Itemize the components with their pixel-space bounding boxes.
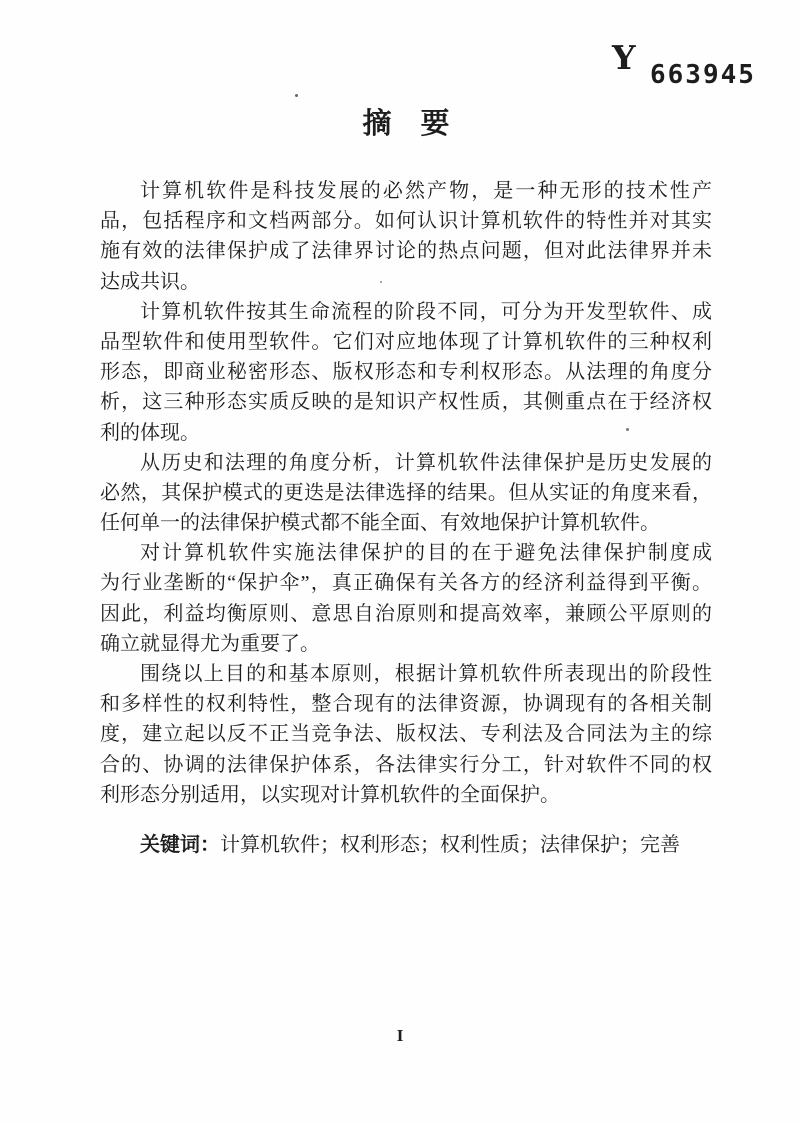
keywords-text: 计算机软件；权利形态；权利性质；法律保护；完善 xyxy=(220,834,680,856)
text-line: 计算机软件是科技发展的必然产物，是一种无形的技术性产 xyxy=(100,176,712,206)
scan-speck xyxy=(380,281,382,283)
abstract-paragraph-1: 计算机软件是科技发展的必然产物，是一种无形的技术性产品，包括程序和文档两部分。如… xyxy=(100,176,712,297)
text-line: 利的体现。 xyxy=(100,418,712,448)
stamp-letter: Y xyxy=(612,38,636,77)
text-line: 确立就显得尤为重要了。 xyxy=(100,629,712,659)
text-line: 计算机软件按其生命流程的阶段不同，可分为开发型软件、成 xyxy=(100,297,712,327)
text-line: 必然，其保护模式的更迭是法律选择的结果。但从实证的角度来看， xyxy=(100,478,712,508)
text-line: 析，这三种形态实质反映的是知识产权性质，其侧重点在于经济权 xyxy=(100,387,712,417)
text-line: 形态，即商业秘密形态、版权形态和专利权形态。从法理的角度分 xyxy=(100,357,712,387)
text-line: 达成共识。 xyxy=(100,267,712,297)
text-line: 度，建立起以反不正当竞争法、版权法、专利法及合同法为主的综 xyxy=(100,719,712,749)
scanned-page: Y 663945 摘 要 计算机软件是科技发展的必然产物，是一种无形的技术性产品… xyxy=(0,0,800,1124)
text-line: 施有效的法律保护成了法律界讨论的热点问题，但对此法律界并未 xyxy=(100,236,712,266)
text-line: 和多样性的权利特性，整合现有的法律资源，协调现有的各相关制 xyxy=(100,689,712,719)
text-line: 利形态分别适用，以实现对计算机软件的全面保护。 xyxy=(100,780,712,810)
text-line: 围绕以上目的和基本原则，根据计算机软件所表现出的阶段性 xyxy=(100,659,712,689)
text-line: 从历史和法理的角度分析，计算机软件法律保护是历史发展的 xyxy=(100,448,712,478)
text-line: 为行业垄断的“保护伞”，真正确保有关各方的经济利益得到平衡。 xyxy=(100,568,712,598)
keywords-line: 关键词：计算机软件；权利形态；权利性质；法律保护；完善 xyxy=(100,830,712,860)
scan-speck xyxy=(295,94,298,97)
text-line: 合的、协调的法律保护体系，各法律实行分工，针对软件不同的权 xyxy=(100,750,712,780)
text-line: 品型软件和使用型软件。它们对应地体现了计算机软件的三种权利 xyxy=(100,327,712,357)
scan-speck xyxy=(626,428,629,431)
page-number: I xyxy=(0,1026,800,1046)
text-line: 品，包括程序和文档两部分。如何认识计算机软件的特性并对其实 xyxy=(100,206,712,236)
abstract-paragraph-2: 计算机软件按其生命流程的阶段不同，可分为开发型软件、成品型软件和使用型软件。它们… xyxy=(100,297,712,448)
keywords-label: 关键词： xyxy=(140,834,220,856)
page-title: 摘 要 xyxy=(100,106,712,142)
abstract-paragraph-4: 对计算机软件实施法律保护的目的在于避免法律保护制度成为行业垄断的“保护伞”，真正… xyxy=(100,538,712,659)
text-line: 对计算机软件实施法律保护的目的在于避免法律保护制度成 xyxy=(100,538,712,568)
stamp-number: 663945 xyxy=(650,60,756,90)
text-line: 因此，利益均衡原则、意思自治原则和提高效率，兼顾公平原则的 xyxy=(100,599,712,629)
text-line: 任何单一的法律保护模式都不能全面、有效地保护计算机软件。 xyxy=(100,508,712,538)
abstract-paragraph-3: 从历史和法理的角度分析，计算机软件法律保护是历史发展的必然，其保护模式的更迭是法… xyxy=(100,448,712,539)
abstract-content: 摘 要 计算机软件是科技发展的必然产物，是一种无形的技术性产品，包括程序和文档两… xyxy=(100,100,712,860)
abstract-paragraph-5: 围绕以上目的和基本原则，根据计算机软件所表现出的阶段性和多样性的权利特性，整合现… xyxy=(100,659,712,810)
